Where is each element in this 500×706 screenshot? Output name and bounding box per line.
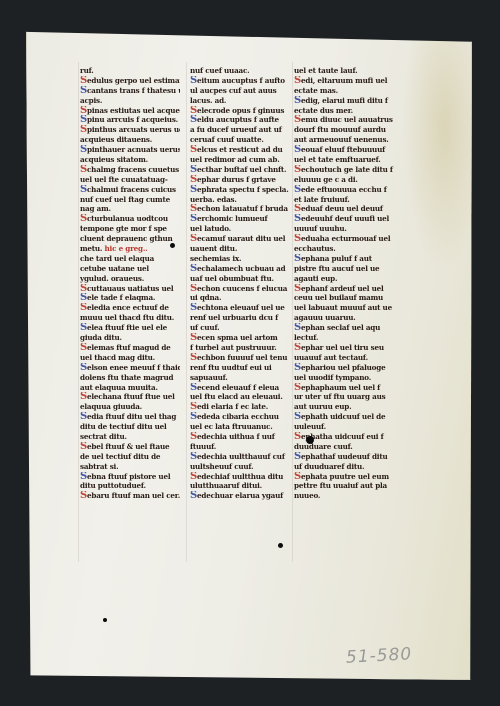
manuscript-line: Sephaphaum uel uel f	[294, 383, 394, 393]
line-text: ectate dus mer.	[294, 106, 353, 115]
manuscript-line: Spinas estiutas uel acqueius	[80, 106, 180, 116]
manuscript-line: renf uel urbuariu dcu f	[190, 313, 290, 323]
manuscript-line: dolens ftu thate magrud	[80, 373, 180, 383]
manuscript-line: de uel tectiuf ditu de	[80, 452, 180, 462]
manuscript-line: Seduaf deuu uel deuuf	[294, 204, 394, 214]
manuscript-line: ui qdna.	[190, 293, 290, 303]
line-text: dolens ftu thate magrud	[80, 373, 173, 382]
manuscript-line: uf cuuf.	[190, 323, 290, 333]
line-text: edechiaf uultthua ditu	[197, 472, 283, 481]
line-text: ceuu uel builauf mamu	[294, 293, 383, 302]
manuscript-line: f turbel aut pustruuur.	[190, 343, 290, 353]
manuscript-line: nuf cuef uel ftag cumte	[80, 195, 180, 205]
manuscript-line: eluuuu ge c a di.	[294, 175, 394, 185]
line-text: ygulud. oraueus.	[80, 274, 144, 283]
line-text: nuueo.	[294, 491, 320, 500]
line-text: pinthus arcuats uerus uel	[87, 125, 180, 134]
line-text: uel uel fte cuuatatuag-	[80, 175, 168, 184]
line-text: sapuauuf.	[190, 373, 228, 382]
red-initial: S	[190, 234, 197, 243]
red-initial: S	[190, 432, 197, 441]
manuscript-line: ygulud. oraueus.	[80, 274, 180, 284]
line-text: et late fruiuuf.	[294, 195, 350, 204]
line-text: ephaphaum uel uel f	[301, 383, 380, 392]
blue-initial: S	[80, 323, 87, 332]
line-text: sectrat ditu.	[80, 432, 127, 441]
line-text: ur uter uf ftu uuarg aus	[294, 392, 385, 401]
manuscript-line: ulutthuaaruf ditui.	[190, 481, 290, 491]
red-initial: S	[294, 115, 301, 124]
line-text: ditu puttotuduef.	[80, 481, 146, 490]
manuscript-line: sechemias ix.	[190, 254, 290, 264]
line-text: echbon fuuuuf uel tenu	[197, 353, 287, 362]
manuscript-line: uel uel fte cuuatatuag-	[80, 175, 180, 185]
manuscript-line: Selemas ftuf magud de	[80, 343, 180, 353]
line-text: nuf cuef uel ftag cumte	[80, 195, 170, 204]
manuscript-line: Seouaf eluuf ftebuuuuf	[294, 145, 394, 155]
line-text: ephan seclaf uel aqu	[301, 323, 380, 332]
line-text: aut armeuouuf uenenus.	[294, 135, 389, 144]
red-initial: S	[80, 165, 87, 174]
manuscript-line: cetube uatane uel	[80, 264, 180, 274]
manuscript-line: Sephana puluf f aut	[294, 254, 394, 264]
line-text: echon latauatuf f bruda	[197, 204, 288, 213]
line-text: edechia uultthauuf cuf	[197, 452, 285, 461]
red-initial: S	[80, 214, 87, 223]
line-text: pinas estiutas uel acqueius	[87, 106, 180, 115]
manuscript-line: Sephar uel uel tiru seu	[294, 343, 394, 353]
manuscript-line: Sephar durus f grtave	[190, 175, 290, 185]
manuscript-line: Selea ftuuf ftie uel ele	[80, 323, 180, 333]
line-text: ecchautus.	[294, 244, 336, 253]
manuscript-line: Sedig, elarui mufi ditu f	[294, 96, 394, 106]
blue-initial: S	[190, 412, 197, 421]
manuscript-line: uel latudo.	[190, 224, 290, 234]
red-initial: S	[294, 165, 301, 174]
manuscript-line: Sedechia uithua f uuf	[190, 432, 290, 442]
manuscript-line: Schalmg fracens cuuetus	[80, 165, 180, 175]
manuscript-line: Sedia ftuuf ditu uel thag	[80, 412, 180, 422]
manuscript-line: Sedi elaria f ec late.	[190, 402, 290, 412]
line-text: renf ftu uudtuf eui ui	[190, 363, 272, 372]
blue-initial: S	[190, 491, 197, 500]
manuscript-line: Sephanf ardeuf uel uel	[294, 284, 394, 294]
line-text: elecrode opus f ginuus	[197, 106, 284, 115]
line-text: ephanf ardeuf uel uel	[301, 284, 384, 293]
red-initial: S	[190, 284, 197, 293]
line-text: ftuuuf.	[190, 442, 216, 451]
blue-initial: S	[190, 303, 197, 312]
manuscript-line: acpis.	[80, 96, 180, 106]
manuscript-line: Spinthus arcuats uerus uel	[80, 125, 180, 135]
line-text: eduaf deuu uel deuuf	[301, 204, 383, 213]
line-text: lacus. ad.	[190, 96, 226, 105]
line-text: giuda ditu.	[80, 333, 122, 342]
line-text: uuuuf uuuhu.	[294, 224, 347, 233]
line-text: ul aucpes cuf aut auus	[190, 86, 277, 95]
red-initial: S	[294, 284, 301, 293]
blue-initial: S	[294, 412, 301, 421]
line-text: sabtrat si.	[80, 462, 118, 471]
line-text: uel et tate emftuaruef.	[294, 155, 381, 164]
line-text: elea ftuuf ftie uel ele	[87, 323, 167, 332]
red-initial: S	[80, 303, 87, 312]
blue-initial: S	[190, 115, 197, 124]
manuscript-line: Seduaha ecturmouaf uel	[294, 234, 394, 244]
manuscript-line: ruf.	[80, 66, 180, 76]
manuscript-line: sapuauuf.	[190, 373, 290, 383]
line-text: nag am.	[80, 204, 111, 213]
line-text: ectate mas.	[294, 86, 338, 95]
line-text: ceruaf cuuf uuatte.	[190, 135, 264, 144]
manuscript-line: Sebaru ftuuf man uel cer.	[80, 491, 180, 501]
manuscript-line: metu. hic e greg..	[80, 244, 180, 254]
manuscript-line: uel uuodif tympano.	[294, 373, 394, 383]
blue-initial: S	[294, 185, 301, 194]
manuscript-line: Sedechiaf uultthua ditu	[190, 472, 290, 482]
blue-initial: S	[294, 363, 301, 372]
line-text: erchomic lumueuf	[197, 214, 267, 223]
line-text: uf cuuf.	[190, 323, 219, 332]
line-text: edechuar elarua ygauf	[197, 491, 283, 500]
line-text: uel et taute lauf.	[294, 66, 357, 75]
manuscript-line: Scturbulanua uodtcou	[80, 214, 180, 224]
red-initial: S	[80, 442, 87, 451]
line-text: ele tade f elaqma.	[87, 293, 155, 302]
manuscript-line: Secen spma uel artom	[190, 333, 290, 343]
text-column-left: ruf.Sedulus gerpo uel estimatioScantans …	[80, 66, 180, 501]
manuscript-line: Sedechia uultthauuf cuf	[190, 452, 290, 462]
line-text: edia ftuuf ditu uel thag	[87, 412, 176, 421]
red-initial: S	[190, 175, 197, 184]
blue-initial: S	[80, 363, 87, 372]
red-initial: S	[190, 204, 197, 213]
line-text: pettre ftu uuaiuf aut pla	[294, 481, 387, 490]
line-text: edechia uithua f uuf	[197, 432, 275, 441]
manuscript-line: elaquua giuuda.	[80, 402, 180, 412]
manuscript-line: muuu uel thacd ftu ditu.	[80, 313, 180, 323]
manuscript-line: ftuuuf.	[190, 442, 290, 452]
blue-initial: S	[294, 254, 301, 263]
blue-initial: S	[190, 214, 197, 223]
line-text: chalmui fracens cuicus	[87, 185, 176, 194]
line-text: duuduare cuuf.	[294, 442, 353, 451]
manuscript-line: Sebna ftuuf pistore uel	[80, 472, 180, 482]
manuscript-line: dourf ftu mouuuf aurdu	[294, 125, 394, 135]
line-text: edig, elarui mufi ditu f	[301, 96, 388, 105]
blue-initial: S	[294, 323, 301, 332]
red-initial: S	[294, 383, 301, 392]
manuscript-line: Seldu aucuptus f aufte	[190, 115, 290, 125]
line-text: che tard uel elaqua	[80, 254, 154, 263]
line-text: cetube uatane uel	[80, 264, 149, 273]
ruling-line	[186, 62, 187, 562]
line-text: uauent ditu.	[190, 244, 237, 253]
manuscript-line: sabtrat si.	[80, 462, 180, 472]
manuscript-line: uerba. edas.	[190, 195, 290, 205]
line-text: ditu de tectiuf ditu uel	[80, 422, 167, 431]
line-text: lectuf.	[294, 333, 318, 342]
line-text: ecen spma uel artom	[197, 333, 277, 342]
manuscript-line: Sephathaf uudeuuf ditu	[294, 452, 394, 462]
manuscript-line: che tard uel elaqua	[80, 254, 180, 264]
line-text: renf uel urbuariu dcu f	[190, 313, 278, 322]
blue-initial: S	[294, 96, 301, 105]
line-text: eledia ence ectuuf de	[87, 303, 169, 312]
line-text: edulus gerpo uel estimatio	[87, 76, 180, 85]
blue-initial: S	[294, 214, 301, 223]
line-text: uel labuaut muuuf aut ue	[294, 303, 392, 312]
manuscript-line: ectate dus mer.	[294, 106, 394, 116]
line-text: uaf uel obumbuat ftu.	[190, 274, 274, 283]
line-text: acpis.	[80, 96, 102, 105]
line-text: uultsheuuf cuuf.	[190, 462, 253, 471]
line-text: elemas ftuf magud de	[87, 343, 171, 352]
manuscript-line: Schalmui fracens cuicus	[80, 185, 180, 195]
blue-initial: S	[80, 472, 87, 481]
line-text: eduaha ecturmouaf uel	[301, 234, 390, 243]
manuscript-line: Sedeuuhf deuf uuufi uel	[294, 214, 394, 224]
line-text: echoutuch ge late ditu f	[301, 165, 393, 174]
red-initial: S	[80, 76, 87, 85]
line-text: eouaf eluuf ftebuuuuf	[301, 145, 385, 154]
manuscript-line: ditu de tectiuf ditu uel	[80, 422, 180, 432]
red-initial: S	[294, 343, 301, 352]
rubric-text: hic e greg..	[105, 244, 148, 253]
line-text: acquieus ditauens.	[80, 135, 152, 144]
line-text: uel thacd mag ditu.	[80, 353, 155, 362]
red-initial: S	[80, 343, 87, 352]
line-text: uel latudo.	[190, 224, 231, 233]
line-text: ephathaf uudeuuf ditu	[301, 452, 387, 461]
manuscript-line: Sechtona eleuauf uel ue	[190, 303, 290, 313]
red-initial: S	[80, 491, 87, 500]
line-text: elcus et resticut ad du	[197, 145, 283, 154]
line-text: cantans trans f thatesu uel	[87, 86, 180, 95]
manuscript-line: pettre ftu uuaiuf aut pla	[294, 481, 394, 491]
line-text: dourf ftu mouuuf aurdu	[294, 125, 386, 134]
line-text: ebna ftuuf pistore uel	[87, 472, 170, 481]
red-initial: S	[190, 106, 197, 115]
manuscript-line: Seledia ence ectuuf de	[80, 303, 180, 313]
red-initial: S	[294, 76, 301, 85]
manuscript-line: uel thacd mag ditu.	[80, 353, 180, 363]
line-text: pinu arrcuis f acqueius.	[87, 115, 178, 124]
manuscript-line: Sephariou uel pfaluoge	[294, 363, 394, 373]
manuscript-line: uauent ditu.	[190, 244, 290, 254]
red-initial: S	[190, 472, 197, 481]
manuscript-line: ceuu uel builauf mamu	[294, 293, 394, 303]
blue-initial: S	[80, 412, 87, 421]
line-text: ephariou uel pfaluoge	[301, 363, 385, 372]
manuscript-line: Sephath uidcuuf uel de	[294, 412, 394, 422]
manuscript-line: uel et tate emftuaruef.	[294, 155, 394, 165]
line-text: uuleuuf.	[294, 422, 326, 431]
manuscript-line: Sephrata spectu f specla.	[190, 185, 290, 195]
line-text: ede eftuouuua ecchu f	[301, 185, 387, 194]
line-text: ephath uidcuuf uel de	[301, 412, 385, 421]
line-text: edeuuhf deuf uuufi uel	[301, 214, 389, 223]
red-initial: S	[80, 106, 87, 115]
manuscript-line: renf ftu uudtuf eui ui	[190, 363, 290, 373]
red-initial: S	[190, 353, 197, 362]
manuscript-line: Sechalamech ucbuau ad	[190, 264, 290, 274]
manuscript-line: uel ec lata ftruuanuc.	[190, 422, 290, 432]
blue-initial: S	[190, 264, 197, 273]
line-text: cluent deprauenc gthun	[80, 234, 173, 243]
manuscript-line: Sededa cibaria ecchuu	[190, 412, 290, 422]
manuscript-line: Sechbon fuuuuf uel tenu	[190, 353, 290, 363]
manuscript-line: ur uter uf ftu uuarg aus	[294, 392, 394, 402]
blue-initial: S	[294, 452, 301, 461]
line-text: pinthauer acnuats uerus f	[87, 145, 180, 154]
line-text: ecend eleuauf f eleua	[197, 383, 279, 392]
manuscript-line: aut uuruu eup.	[294, 402, 394, 412]
manuscript-line: Sechoutuch ge late ditu f	[294, 165, 394, 175]
manuscript-line: et late fruiuuf.	[294, 195, 394, 205]
line-text: echon cuucens f elucua	[197, 284, 287, 293]
line-text: muuu uel thacd ftu ditu.	[80, 313, 174, 322]
red-initial: S	[190, 145, 197, 154]
manuscript-line: aut armeuouuf uenenus.	[294, 135, 394, 145]
line-text: acquieus sitatom.	[80, 155, 148, 164]
manuscript-line: lacus. ad.	[190, 96, 290, 106]
manuscript-line: aut elaquua muuita.	[80, 383, 180, 393]
manuscript-line: cluent deprauenc gthun	[80, 234, 180, 244]
blue-initial: S	[80, 185, 87, 194]
manuscript-line: uel labuaut muuuf aut ue	[294, 303, 394, 313]
manuscript-line: uf duuduaref ditu.	[294, 462, 394, 472]
pencil-inventory-note: 51-580	[346, 644, 413, 667]
line-text: echalamech ucbuau ad	[197, 264, 285, 273]
manuscript-line: Sechon cuucens f elucua	[190, 284, 290, 294]
red-initial: S	[80, 125, 87, 134]
manuscript-line: pistre ftu aucuf uel ue	[294, 264, 394, 274]
manuscript-line: Selson enee meuuf f thaid	[80, 363, 180, 373]
manuscript-line: uuuuf uuuhu.	[294, 224, 394, 234]
line-text: emu diuuc uel auuatrus	[301, 115, 393, 124]
line-text: ebaru ftuuf man uel cer.	[87, 491, 180, 500]
manuscript-line: Sebel ftuuf & uel ftaue	[80, 442, 180, 452]
manuscript-line: nuueo.	[294, 491, 394, 501]
blue-initial: S	[190, 383, 197, 392]
line-text: eluuuu ge c a di.	[294, 175, 358, 184]
line-text: elechana ftuuf ftue uel	[87, 392, 175, 401]
manuscript-line: Sedulus gerpo uel estimatio	[80, 76, 180, 86]
manuscript-line: ectate mas.	[294, 86, 394, 96]
manuscript-line: nuf cuef uuaac.	[190, 66, 290, 76]
red-initial: S	[294, 472, 301, 481]
manuscript-line: Secend eleuauf f eleua	[190, 383, 290, 393]
manuscript-line: giuda ditu.	[80, 333, 180, 343]
manuscript-line: ecchautus.	[294, 244, 394, 254]
ruling-line	[292, 62, 293, 562]
line-text: ephrata spectu f specla.	[197, 185, 289, 194]
blue-initial: S	[80, 293, 87, 302]
manuscript-line: Selecrode opus f ginuus	[190, 106, 290, 116]
line-text: nuf cuef uuaac.	[190, 66, 249, 75]
manuscript-line: sectrat ditu.	[80, 432, 180, 442]
blue-initial: S	[190, 185, 197, 194]
line-text: eldu aucuptus f aufte	[197, 115, 279, 124]
line-text: edi elaria f ec late.	[197, 402, 268, 411]
line-text: elson enee meuuf f thaid	[87, 363, 180, 372]
manuscript-line: uel redimor ad cum ab.	[190, 155, 290, 165]
line-text: ruf.	[80, 66, 94, 75]
blue-initial: S	[190, 165, 197, 174]
manuscript-line: uel et taute lauf.	[294, 66, 394, 76]
line-text: agauuu uuaruu.	[294, 313, 356, 322]
line-text: ecthar buftaf uel chnft.	[197, 165, 286, 174]
manuscript-line: acquieus ditauens.	[80, 135, 180, 145]
line-text: ephana puluf f aut	[301, 254, 372, 263]
line-text: echtona eleuauf uel ue	[197, 303, 285, 312]
manuscript-line: agauuu uuaruu.	[294, 313, 394, 323]
manuscript-line: ul aucpes cuf aut auus	[190, 86, 290, 96]
blue-initial: S	[190, 76, 197, 85]
red-initial: S	[190, 402, 197, 411]
manuscript-line: Sechon latauatuf f bruda	[190, 204, 290, 214]
text-column-middle: nuf cuef uuaac.Seitum aucuptus f aufto u…	[190, 66, 290, 501]
manuscript-line: Selcus et resticut ad du	[190, 145, 290, 155]
line-text: ededa cibaria ecchuu	[197, 412, 279, 421]
manuscript-line: Spinthauer acnuats uerus f	[80, 145, 180, 155]
manuscript-line: lectuf.	[294, 333, 394, 343]
manuscript-line: tempone gte mor f spe	[80, 224, 180, 234]
red-initial: S	[80, 284, 87, 293]
line-text: uf duuduaref ditu.	[294, 462, 364, 471]
line-text: uel uuodif tympano.	[294, 373, 371, 382]
line-text: uel ftu elacd au eleuaui.	[190, 392, 283, 401]
manuscript-line: Secthar buftaf uel chnft.	[190, 165, 290, 175]
line-text: tempone gte mor f spe	[80, 224, 167, 233]
line-text: aut uuruu eup.	[294, 402, 351, 411]
line-text: cuttauaus uatiatus uel	[87, 284, 173, 293]
line-text: uerba. edas.	[190, 195, 237, 204]
hole-mark	[278, 543, 283, 548]
manuscript-line: uaf uel obumbuat ftu.	[190, 274, 290, 284]
line-text: sechemias ix.	[190, 254, 241, 263]
parchment-stain	[402, 32, 472, 272]
blue-initial: S	[80, 86, 87, 95]
line-text: metu.	[80, 244, 105, 253]
line-text: uel ec lata ftruuanuc.	[190, 422, 273, 431]
line-text: a fu ducef urueuf aut uf	[190, 125, 282, 134]
manuscript-line: Semu diuuc uel auuatrus	[294, 115, 394, 125]
ruling-line	[78, 62, 79, 562]
red-initial: S	[80, 392, 87, 401]
manuscript-line: ditu puttotuduef.	[80, 481, 180, 491]
manuscript-line: Secamuf uaraut ditu uel	[190, 234, 290, 244]
hole-mark	[170, 243, 175, 248]
manuscript-line: uel ftu elacd au eleuaui.	[190, 392, 290, 402]
blue-initial: S	[80, 115, 87, 124]
manuscript-line: Seitum aucuptus f aufto	[190, 76, 290, 86]
line-text: de uel tectiuf ditu de	[80, 452, 160, 461]
blue-initial: S	[294, 145, 301, 154]
red-initial: S	[294, 432, 301, 441]
manuscript-line: Serchomic lumueuf	[190, 214, 290, 224]
line-text: uel redimor ad cum ab.	[190, 155, 280, 164]
manuscript-line: Sele tade f elaqma.	[80, 293, 180, 303]
manuscript-line: Sephata puutre uel eum	[294, 472, 394, 482]
line-text: chalmg fracens cuuetus	[87, 165, 179, 174]
line-text: ephar uel uel tiru seu	[301, 343, 384, 352]
line-text: f turbel aut pustruuur.	[190, 343, 277, 352]
line-text: ui qdna.	[190, 293, 221, 302]
line-text: uuauuf aut tectauf.	[294, 353, 368, 362]
blue-initial: S	[80, 145, 87, 154]
